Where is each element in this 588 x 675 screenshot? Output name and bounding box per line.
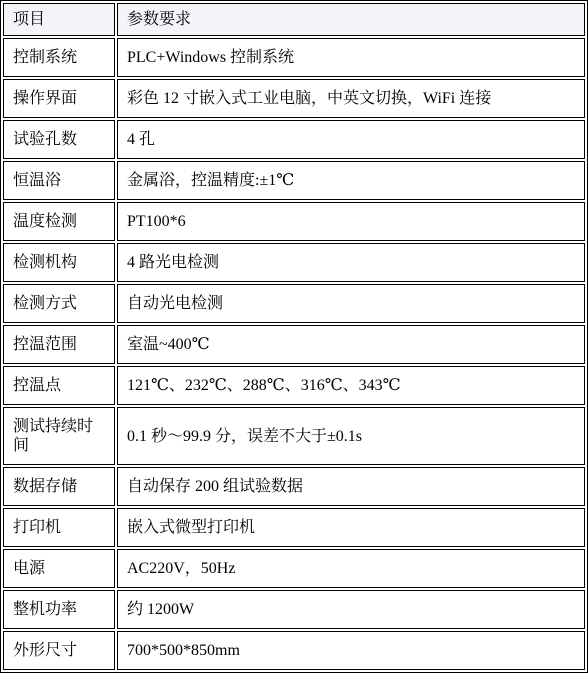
header-item-column: 项目: [3, 3, 115, 36]
table-row: 恒温浴 金属浴，控温精度:±1℃: [3, 161, 585, 200]
row-value: 嵌入式微型打印机: [117, 508, 585, 547]
row-value: 约 1200W: [117, 590, 585, 629]
spec-table: 项目 参数要求 控制系统 PLC+Windows 控制系统 操作界面 彩色 12…: [0, 0, 588, 673]
row-label: 控制系统: [3, 38, 115, 77]
table-row: 测试持续时间 0.1 秒～99.9 分，误差不大于±0.1s: [3, 407, 585, 465]
table-row: 控温范围 室温~400℃: [3, 325, 585, 364]
row-label: 电源: [3, 549, 115, 588]
row-value: 彩色 12 寸嵌入式工业电脑，中英文切换，WiFi 连接: [117, 79, 585, 118]
row-value: 0.1 秒～99.9 分，误差不大于±0.1s: [117, 407, 585, 465]
table-row: 打印机 嵌入式微型打印机: [3, 508, 585, 547]
row-value: 自动光电检测: [117, 284, 585, 323]
table-row: 检测方式 自动光电检测: [3, 284, 585, 323]
row-label: 外形尺寸: [3, 631, 115, 670]
header-value-column: 参数要求: [117, 3, 585, 36]
table-row: 检测机构 4 路光电检测: [3, 243, 585, 282]
row-value: 700*500*850mm: [117, 631, 585, 670]
row-value: AC220V，50Hz: [117, 549, 585, 588]
row-label: 温度检测: [3, 202, 115, 241]
row-label: 整机功率: [3, 590, 115, 629]
row-label: 检测机构: [3, 243, 115, 282]
row-label: 数据存储: [3, 467, 115, 506]
table-row: 控制系统 PLC+Windows 控制系统: [3, 38, 585, 77]
row-value: 121℃、232℃、288℃、316℃、343℃: [117, 366, 585, 405]
table-row: 试验孔数 4 孔: [3, 120, 585, 159]
row-label: 控温范围: [3, 325, 115, 364]
table-row: 电源 AC220V，50Hz: [3, 549, 585, 588]
row-value: PLC+Windows 控制系统: [117, 38, 585, 77]
table-row: 控温点 121℃、232℃、288℃、316℃、343℃: [3, 366, 585, 405]
row-label: 测试持续时间: [3, 407, 115, 465]
table-row: 操作界面 彩色 12 寸嵌入式工业电脑，中英文切换，WiFi 连接: [3, 79, 585, 118]
table-header-row: 项目 参数要求: [3, 3, 585, 36]
row-label: 恒温浴: [3, 161, 115, 200]
row-value: 室温~400℃: [117, 325, 585, 364]
row-value: 自动保存 200 组试验数据: [117, 467, 585, 506]
table-row: 整机功率 约 1200W: [3, 590, 585, 629]
table-row: 温度检测 PT100*6: [3, 202, 585, 241]
row-label: 操作界面: [3, 79, 115, 118]
table-row: 数据存储 自动保存 200 组试验数据: [3, 467, 585, 506]
row-value: 4 孔: [117, 120, 585, 159]
row-label: 打印机: [3, 508, 115, 547]
table-row: 外形尺寸 700*500*850mm: [3, 631, 585, 670]
row-label: 试验孔数: [3, 120, 115, 159]
row-value: 4 路光电检测: [117, 243, 585, 282]
row-value: PT100*6: [117, 202, 585, 241]
row-label: 控温点: [3, 366, 115, 405]
row-label: 检测方式: [3, 284, 115, 323]
row-value: 金属浴，控温精度:±1℃: [117, 161, 585, 200]
